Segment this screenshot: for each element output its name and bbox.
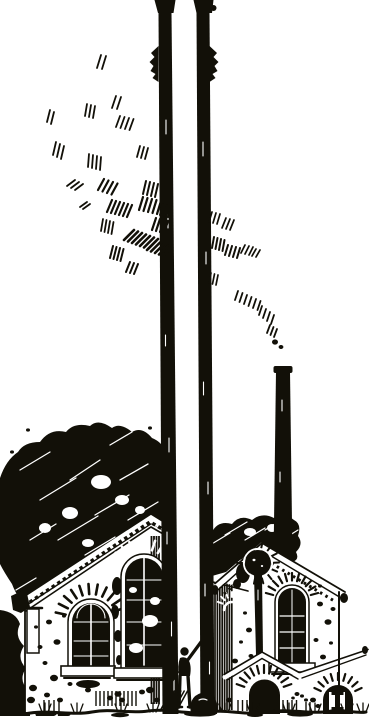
stone-speckle: [232, 659, 238, 664]
stone-speckle: [62, 614, 66, 617]
glass-reflection: [129, 643, 143, 653]
oculus-glint: [253, 559, 256, 561]
stone-speckle: [154, 698, 160, 703]
ground-blob: [247, 713, 263, 717]
stone-speckle: [291, 697, 295, 700]
stone-speckle: [314, 638, 319, 642]
glass-reflection: [150, 597, 160, 605]
stone-speckle: [249, 654, 254, 658]
stone-speckle: [300, 694, 304, 697]
stone-speckle: [27, 697, 35, 703]
crown-knob: [211, 5, 217, 11]
ground-blob: [111, 713, 129, 717]
stone-speckle: [50, 675, 58, 681]
stone-speckle: [320, 655, 326, 660]
chimney-crown: [155, 0, 176, 13]
stone-speckle: [243, 611, 247, 614]
eave-bracket: [362, 646, 368, 654]
leaf-fleck: [10, 450, 14, 453]
stone-speckle: [29, 685, 37, 691]
leaf-fleck: [26, 428, 30, 431]
factory-engraving: [0, 0, 369, 724]
stone-speckle: [85, 688, 91, 693]
pediment-shadow: [233, 579, 241, 589]
ground-blob: [184, 711, 216, 716]
stone-speckle: [304, 698, 308, 701]
stone-speckle: [146, 687, 154, 693]
smoke-puff: [279, 345, 284, 349]
engraving-canvas: [0, 0, 369, 724]
stone-speckle: [46, 620, 52, 625]
glass-reflection: [129, 587, 137, 593]
corner-pilaster: [27, 609, 39, 653]
chimney-crown: [194, 0, 214, 13]
stone-speckle: [317, 602, 323, 607]
stone-speckle: [54, 639, 61, 645]
pillar-cap: [332, 692, 344, 695]
glass-reflection: [142, 615, 158, 627]
sill-shadow-blob: [76, 680, 100, 688]
stone-speckle: [325, 619, 332, 625]
stone-speckle: [310, 698, 316, 703]
stone-speckle: [246, 628, 252, 633]
stone-speckle: [139, 690, 145, 695]
leaf-fleck: [148, 426, 152, 429]
foliage-light-hole: [91, 475, 111, 489]
stone-speckle: [226, 698, 232, 703]
stone-speckle: [43, 661, 48, 665]
eave-bracket: [340, 593, 348, 603]
stone-speckle: [331, 607, 336, 611]
oculus-window: [245, 550, 271, 576]
ground-blob: [287, 711, 313, 716]
foliage-light-hole: [62, 507, 78, 519]
stone-speckle: [34, 625, 38, 628]
figure-head: [180, 647, 188, 655]
oculus-glint: [261, 565, 263, 567]
stone-speckle: [57, 698, 63, 703]
stone-speckle: [239, 640, 243, 643]
stone-speckle: [68, 682, 73, 686]
stone-speckle: [295, 692, 300, 696]
window-sill: [61, 666, 115, 676]
stone-speckle: [38, 645, 43, 649]
figure-leg: [188, 676, 190, 707]
smoke-puff: [272, 339, 278, 344]
foliage-light-hole: [82, 539, 94, 547]
stone-speckle: [44, 693, 50, 698]
stone-speckle: [329, 641, 333, 644]
stone-speckle: [318, 584, 322, 587]
